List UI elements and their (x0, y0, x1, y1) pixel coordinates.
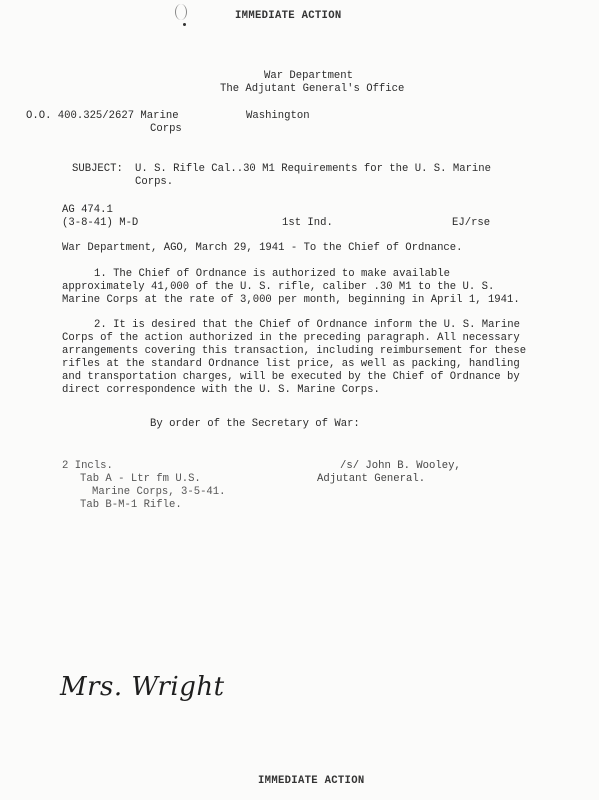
header-stamp: IMMEDIATE ACTION (235, 10, 342, 23)
ag-date-code: (3-8-41) M-D (62, 217, 138, 230)
letterhead-department: War Department (264, 70, 353, 83)
reference-number: O.O. 400.325/2627 Marine (26, 110, 179, 123)
footer-stamp: IMMEDIATE ACTION (258, 775, 365, 788)
inclosure-tab-a-cont: Marine Corps, 3-5-41. (92, 486, 226, 499)
inclosure-tab-a: Tab A - Ltr fm U.S. (80, 473, 201, 486)
subject-text-cont: Corps. (135, 176, 173, 189)
punch-hole-mark (175, 4, 187, 20)
handwritten-note: Mrs. Wright (60, 672, 225, 702)
inclosures-heading: 2 Incls. (62, 460, 113, 473)
letterhead-office: The Adjutant General's Office (220, 83, 404, 96)
reference-number-cont: Corps (150, 123, 182, 136)
signature-title: Adjutant General. (317, 473, 425, 486)
ag-file-number: AG 474.1 (62, 204, 113, 217)
typist-initials: EJ/rse (452, 217, 490, 230)
punch-dot-mark (183, 23, 186, 26)
indorsement-label: 1st Ind. (282, 217, 333, 230)
routing-line: War Department, AGO, March 29, 1941 - To… (62, 242, 463, 255)
subject-label: SUBJECT: (72, 163, 123, 176)
document-page: IMMEDIATE ACTION War Department The Adju… (0, 0, 599, 800)
signature-name: /s/ John B. Wooley, (340, 460, 461, 473)
closing-line: By order of the Secretary of War: (150, 418, 360, 431)
inclosure-tab-b: Tab B-M-1 Rifle. (80, 499, 182, 512)
paragraph-1: 1. The Chief of Ordnance is authorized t… (62, 268, 532, 307)
subject-text: U. S. Rifle Cal..30 M1 Requirements for … (135, 163, 491, 176)
paragraph-2: 2. It is desired that the Chief of Ordna… (62, 319, 532, 397)
reference-location: Washington (246, 110, 310, 123)
